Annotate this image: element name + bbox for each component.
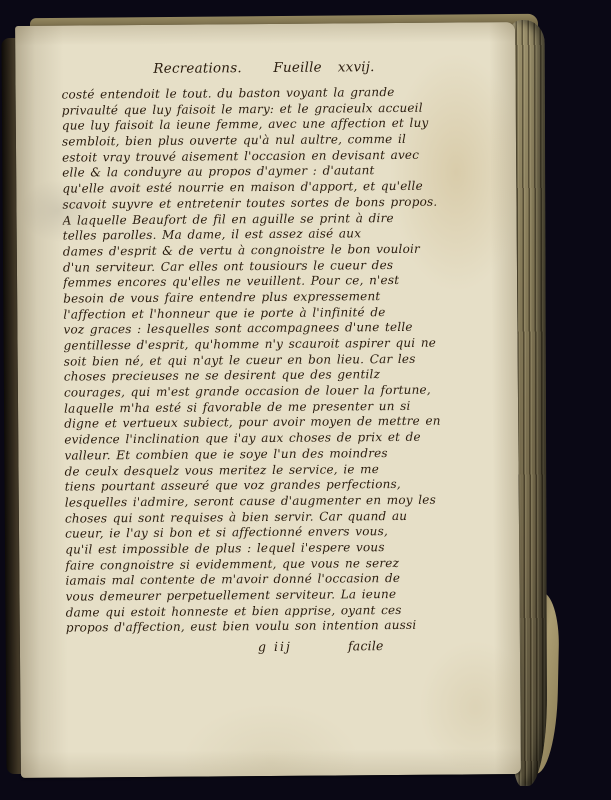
folio-label: Fueillexxvij. xyxy=(273,59,374,76)
book-photograph: Recreations. Fueillexxvij. costé entendo… xyxy=(0,0,611,800)
text-block: Recreations. Fueillexxvij. costé entendo… xyxy=(61,56,490,660)
running-title: Recreations. xyxy=(153,60,242,77)
folio-word: Fueille xyxy=(273,60,322,76)
page-footer: g iij facile xyxy=(66,637,490,660)
text-line: propos d'affection, eust bien voulu son … xyxy=(66,618,490,637)
catchword: facile xyxy=(348,638,384,653)
folio-number: xxvij. xyxy=(338,59,375,75)
body-text: costé entendoit le tout. du baston voyan… xyxy=(62,84,490,636)
page-header: Recreations. Fueillexxvij. xyxy=(61,56,485,85)
manuscript-page: Recreations. Fueillexxvij. costé entendo… xyxy=(15,22,521,778)
signature-mark: g iij xyxy=(258,639,292,654)
